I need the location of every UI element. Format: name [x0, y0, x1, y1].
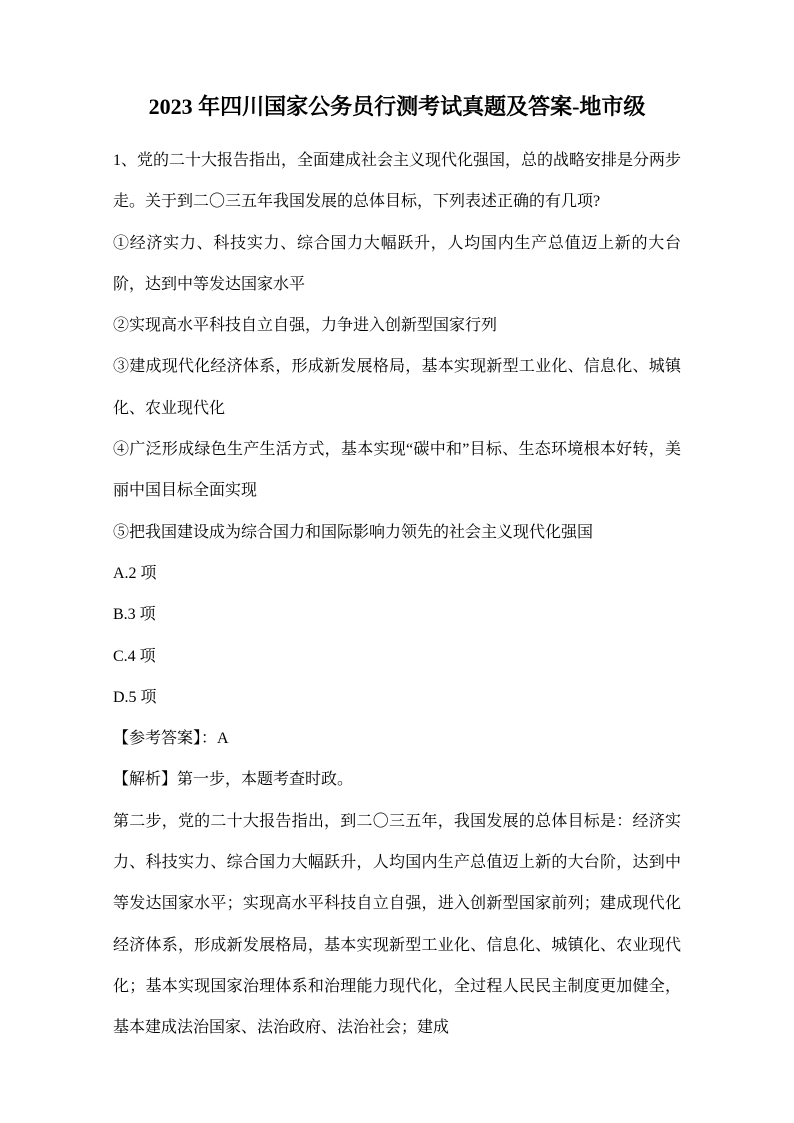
option-c: C.4 项: [113, 636, 681, 677]
option-d: D.5 项: [113, 677, 681, 718]
analysis-step-1: 【解析】第一步，本题考查时政。: [113, 759, 681, 800]
statement-3: ③建成现代化经济体系，形成新发展格局，基本实现新型工业化、信息化、城镇化、农业现…: [113, 346, 681, 429]
document-page: 2023 年四川国家公务员行测考试真题及答案-地市级 1、党的二十大报告指出，全…: [0, 0, 794, 1123]
option-a: A.2 项: [113, 553, 681, 594]
statement-1: ①经济实力、科技实力、综合国力大幅跃升，人均国内生产总值迈上新的大台阶，达到中等…: [113, 223, 681, 306]
reference-answer: 【参考答案】：A: [113, 718, 681, 759]
question-stem: 1、党的二十大报告指出，全面建成社会主义现代化强国，总的战略安排是分两步走。关于…: [113, 140, 681, 223]
option-b: B.3 项: [113, 594, 681, 635]
statement-2: ②实现高水平科技自立自强，力争进入创新型国家行列: [113, 305, 681, 346]
statement-4: ④广泛形成绿色生产生活方式，基本实现“碳中和”目标、生态环境根本好转，美丽中国目…: [113, 429, 681, 512]
statement-5: ⑤把我国建设成为综合国力和国际影响力领先的社会主义现代化强国: [113, 512, 681, 553]
analysis-step-2: 第二步，党的二十大报告指出，到二〇三五年，我国发展的总体目标是：经济实力、科技实…: [113, 801, 681, 1049]
document-title: 2023 年四川国家公务员行测考试真题及答案-地市级: [113, 84, 681, 130]
